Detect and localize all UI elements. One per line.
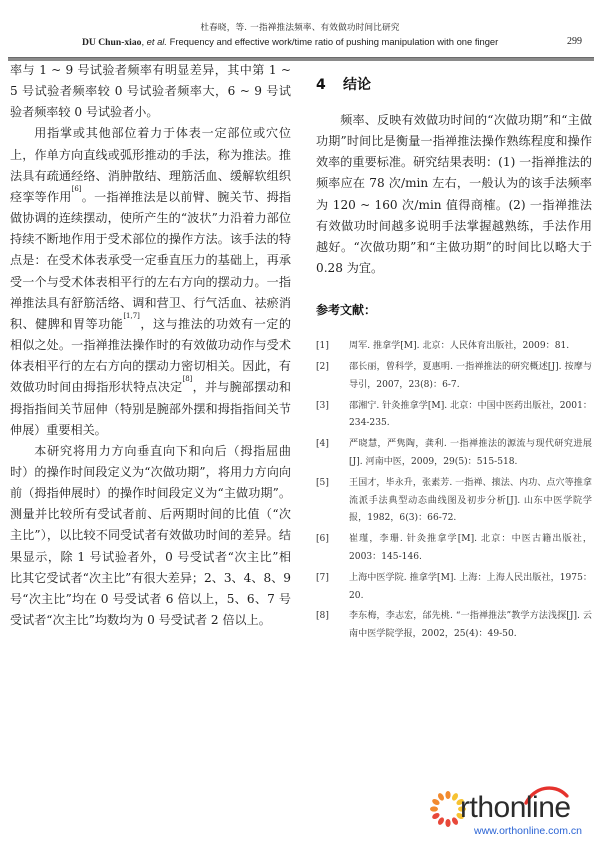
logo-url[interactable]: www.orthonline.com.cn: [474, 825, 582, 837]
page-number: 299: [567, 36, 582, 47]
logo-wordmark: rthonline: [460, 791, 571, 825]
reference-item: [8]李东梅，李志宏，邰先桃. “一指禅推法”教学方法浅探[J]. 云南中医学院…: [316, 608, 592, 643]
paragraph-conclusion: 频率、反映有效做功时间的“次做功期”和“主做功期”时间比是衡量一指禅推法操作熟练…: [316, 110, 592, 279]
paragraph-results-end: 率与 1 ~ 9 号试验者频率有明显差异，其中第 1 ~ 5 号试验者频率较 0…: [10, 60, 291, 123]
running-author: DU Chun-xiao: [82, 37, 141, 48]
section-heading-conclusion: 4结论: [316, 74, 592, 100]
running-title-chinese: 杜春晓，等. 一指禅推法频率、有效做功时间比研究: [0, 21, 600, 33]
citation[interactable]: [6]: [72, 185, 82, 193]
reference-item: [7]上海中医学院. 推拿学[M]. 上海：上海人民出版社，1975：20.: [316, 570, 592, 605]
reference-item: [3]邵湘宁. 针灸推拿学[M]. 北京：中国中医药出版社，2001：234-2…: [316, 398, 592, 433]
orthonline-watermark-logo[interactable]: rthonline www.orthonline.com.cn: [430, 785, 600, 840]
reference-item: [4]严晓慧，严隽陶，龚利. 一指禅推法的源流与现代研究进展[J]. 河南中医，…: [316, 436, 592, 471]
references-list: [1]周军. 推拿学[M]. 北京：人民体育出版社，2009：81. [2]邵长…: [316, 338, 592, 644]
right-column: 4结论 频率、反映有效做功时间的“次做功期”和“主做功期”时间比是衡量一指禅推法…: [316, 60, 592, 647]
reference-item: [5]王国才，毕永升，张素芳. 一指禅、㨰法、内功、点穴等推拿流派手法典型动态曲…: [316, 475, 592, 528]
reference-item: [1]周军. 推拿学[M]. 北京：人民体育出版社，2009：81.: [316, 338, 592, 356]
running-title-english: DU Chun-xiao, et al. Frequency and effec…: [82, 36, 498, 48]
reference-item: [2]邵长丽，曾科学，夏惠明. 一指禅推法的研究概述[J]. 按摩与导引，200…: [316, 359, 592, 394]
section-title: 结论: [343, 77, 371, 93]
running-header: 杜春晓，等. 一指禅推法频率、有效做功时间比研究 DU Chun-xiao, e…: [0, 18, 600, 58]
paragraph-pushing-method: 用指掌或其他部位着力于体表一定部位或穴位上，作单方向直线或弧形推动的手法，称为推…: [10, 123, 291, 440]
running-etal: et al.: [147, 36, 167, 47]
section-number: 4: [316, 77, 343, 93]
running-title-en-text: Frequency and effective work/time ratio …: [170, 36, 499, 47]
paragraph-study-definition: 本研究将用力方向垂直向下和向后（拇指屈曲时）的操作时间段定义为“次做功期”，将用…: [10, 441, 291, 631]
left-column: 率与 1 ~ 9 号试验者频率有明显差异，其中第 1 ~ 5 号试验者频率较 0…: [10, 60, 291, 631]
citation[interactable]: [1,7]: [123, 312, 140, 320]
reference-item: [6]崔瑾，李珊. 针灸推拿学[M]. 北京：中医古籍出版社，2003：145-…: [316, 531, 592, 566]
citation[interactable]: [8]: [183, 375, 193, 383]
references-heading: 参考文献：: [316, 301, 592, 318]
